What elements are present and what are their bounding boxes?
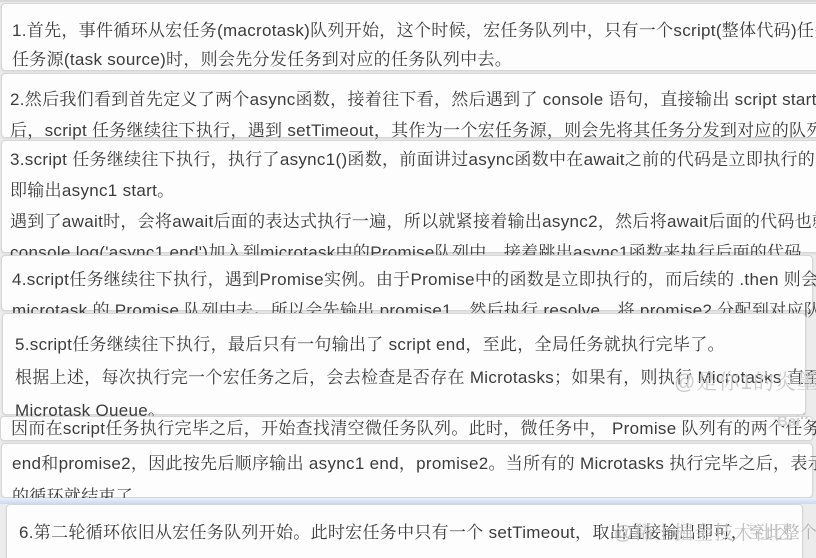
paragraph-line: 1.首先，事件循环从宏任务(macrotask)队列开始，这个时候，宏任务队列中…: [12, 16, 816, 45]
text-card-step4: 4.script任务继续往下执行，遇到Promise实例。由于Promise中的…: [1, 255, 813, 311]
paragraph-line: 5.script任务继续往下执行，最后只有一句输出了 script end，至此…: [15, 328, 805, 361]
text-card-step5-continued: 因而在script任务执行完毕之后，开始查找清空微任务队列。此时，微任务中， P…: [0, 416, 813, 441]
paragraph-line: 6.第二轮循环依旧从宏任务队列开始。此时宏任务中只有一个 setTimeout，…: [19, 517, 802, 548]
top-edge-divider: [0, 0, 816, 2]
text-card-step3: 3.script 任务继续往下执行，执行了async1()函数，前面讲过asyn…: [1, 140, 816, 253]
article-screenshot-page: 1.首先，事件循环从宏任务(macrotask)队列开始，这个时候，宏任务队列中…: [0, 0, 816, 558]
text-card-step5: 5.script任务继续往下执行，最后只有一句输出了 script end，至此…: [2, 313, 806, 415]
text-card-step5-end: end和promise2，因此按先后顺序输出 async1 end，promis…: [1, 443, 813, 498]
text-card-step6: 6.第二轮循环依旧从宏任务队列开始。此时宏任务中只有一个 setTimeout，…: [6, 504, 803, 558]
final-line-main: 6.第二轮循环依旧从宏任务队列开始。此时宏任务中只有一个 setTimeout，…: [19, 523, 748, 542]
paragraph-line: 根据上述，每次执行完一个宏任务之后，会去检查是否存在 Microtasks；如果…: [15, 361, 805, 394]
paragraph-line: 任务源(task source)时，则会先分发任务到对应的任务队列中去。: [12, 45, 816, 74]
text-card-step1: 1.首先，事件循环从宏任务(macrotask)队列开始，这个时候，宏任务队列中…: [1, 3, 816, 71]
paragraph-line: 即输出async1 start。: [10, 175, 816, 206]
text-card-step2: 2.然后我们看到首先定义了两个async函数，接着往下看，然后遇到了 conso…: [1, 73, 816, 138]
final-line-faded-tail: 至此整个流程结束: [748, 523, 816, 542]
paragraph-line: end和promise2，因此按先后顺序输出 async1 end，promis…: [12, 447, 812, 480]
paragraph-line: 因而在script任务执行完毕之后，开始查找清空微任务队列。此时，微任务中， P…: [11, 419, 812, 439]
paragraph-line: 4.script任务继续往下执行，遇到Promise实例。由于Promise中的…: [12, 264, 812, 295]
paragraph-line: 遇到了await时，会将await后面的表达式执行一遍，所以就紧接着输出asyn…: [10, 206, 816, 237]
paragraph-line: 2.然后我们看到首先定义了两个async函数，接着往下看，然后遇到了 conso…: [10, 84, 816, 115]
paragraph-line: 3.script 任务继续往下执行，执行了async1()函数，前面讲过asyn…: [10, 144, 816, 175]
